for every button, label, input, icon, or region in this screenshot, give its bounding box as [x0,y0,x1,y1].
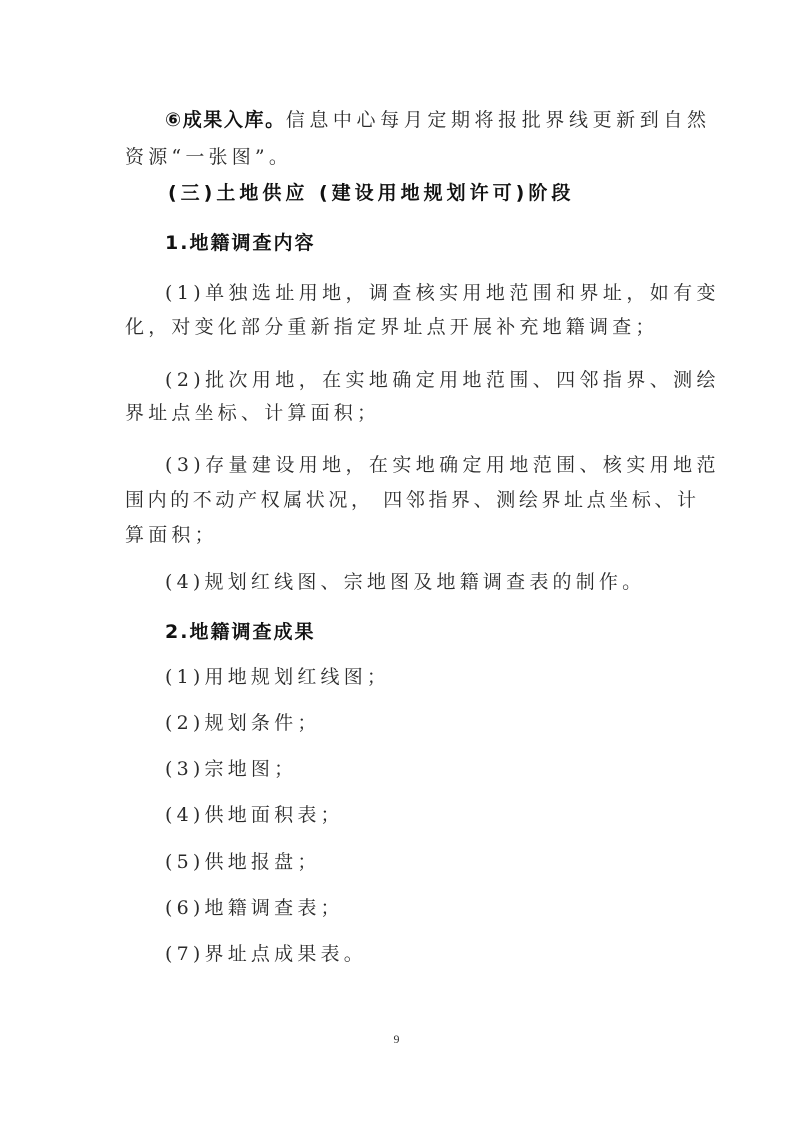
para6-lead: ⑥成果入库。 [165,109,286,131]
para6-line2: 资源“一张图”。 [125,145,670,169]
section-heading: (三)土地供应 (建设用地规划许可)阶段 [168,181,713,205]
sub1-item3-line3: 算面积； [125,523,670,547]
sub1-item3-line2: 围内的不动产权属状况， 四邻指界、测绘界址点坐标、计 [125,488,670,512]
sub2-item-4: (4)供地面积表； [165,803,710,827]
sub2-item-3: (3)宗地图； [165,757,710,781]
sub1-item1-line2: 化，对变化部分重新指定界址点开展补充地籍调查； [125,315,670,339]
sub1-item2-line1: (2)批次用地，在实地确定用地范围、四邻指界、测绘 [165,368,710,392]
sub2-item-2: (2)规划条件； [165,711,710,735]
para6-line1: ⑥成果入库。信息中心每月定期将报批界线更新到自然 [165,108,710,132]
sub1-item2-line2: 界址点坐标、计算面积； [125,401,670,425]
para6-line1-text: 信息中心每月定期将报批界线更新到自然 [286,109,710,131]
sub2-heading: 2.地籍调查成果 [165,620,710,644]
sub2-item-6: (6)地籍调查表； [165,896,710,920]
page-number: 9 [0,1032,793,1047]
sub1-item4-line1: (4)规划红线图、宗地图及地籍调查表的制作。 [165,570,710,594]
sub1-item1-line1: (1)单独选址用地，调查核实用地范围和界址，如有变 [165,281,710,305]
sub2-item-1: (1)用地规划红线图； [165,665,710,689]
sub1-heading: 1.地籍调查内容 [165,231,710,255]
sub2-item-7: (7)界址点成果表。 [165,942,710,966]
sub1-item3-line1: (3)存量建设用地，在实地确定用地范围、核实用地范 [165,453,710,477]
sub2-item-5: (5)供地报盘； [165,850,710,874]
